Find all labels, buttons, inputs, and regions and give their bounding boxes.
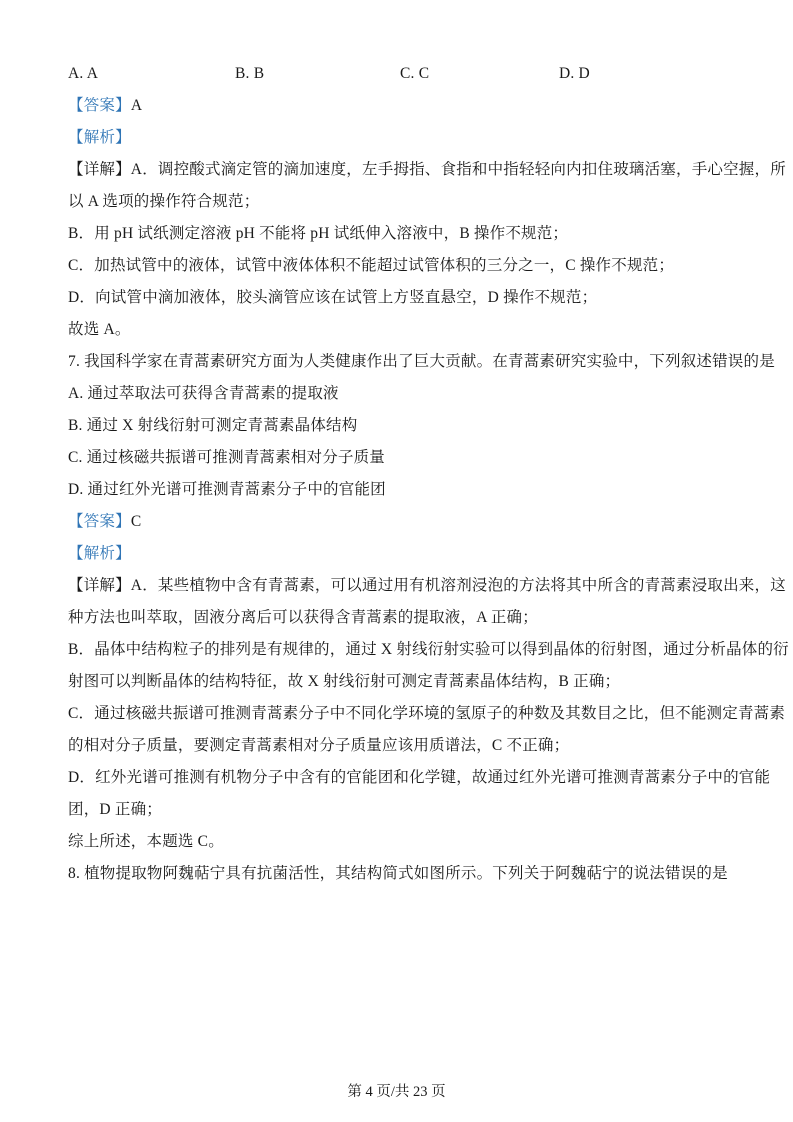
- page-content: A. A B. B C. C D. D 【答案】A 【解析】 【详解】A．调控酸…: [68, 58, 744, 890]
- answer-label: 【答案】: [68, 97, 131, 114]
- answer-label: 【答案】: [68, 513, 131, 530]
- question7-option-b: B. 通过 X 射线衍射可测定青蒿素晶体结构: [68, 410, 744, 442]
- question7-detail-line: 【详解】A．某些植物中含有青蒿素，可以通过用有机溶剂浸泡的方法将其中所含的青蒿素…: [68, 570, 744, 602]
- prev-analysis-line: 【解析】: [68, 122, 744, 154]
- question7-analysis-line: 【解析】: [68, 538, 744, 570]
- question7-detail-conclusion: 综上所述，本题选 C。: [68, 826, 744, 858]
- question7-detail-line: 种方法也叫萃取，固液分离后可以获得含青蒿素的提取液，A 正确；: [68, 602, 744, 634]
- prev-answer-line: 【答案】A: [68, 90, 744, 122]
- answer-value: C: [131, 513, 142, 530]
- question7-detail-line: C．通过核磁共振谱可推测青蒿素分子中不同化学环境的氢原子的种数及其数目之比，但不…: [68, 698, 744, 730]
- question7-option-a: A. 通过萃取法可获得含青蒿素的提取液: [68, 378, 744, 410]
- prev-question-options-row: A. A B. B C. C D. D: [68, 58, 744, 90]
- exam-answer-page: A. A B. B C. C D. D 【答案】A 【解析】 【详解】A．调控酸…: [0, 0, 793, 1122]
- page-number-footer: 第 4 页/共 23 页: [0, 1080, 793, 1104]
- option-c: C. C: [400, 58, 559, 90]
- question7-detail-line: 的相对分子质量，要测定青蒿素相对分子质量应该用质谱法，C 不正确；: [68, 730, 744, 762]
- question7-stem: 7. 我国科学家在青蒿素研究方面为人类健康作出了巨大贡献。在青蒿素研究实验中，下…: [68, 346, 744, 378]
- question7-detail-line: 团，D 正确；: [68, 794, 744, 826]
- prev-detail-line: D．向试管中滴加液体，胶头滴管应该在试管上方竖直悬空，D 操作不规范；: [68, 282, 744, 314]
- answer-value: A: [131, 97, 142, 114]
- prev-detail-line: 【详解】A．调控酸式滴定管的滴加速度，左手拇指、食指和中指轻轻向内扣住玻璃活塞，…: [68, 154, 744, 186]
- prev-detail-conclusion: 故选 A。: [68, 314, 744, 346]
- question7-detail-line: D．红外光谱可推测有机物分子中含有的官能团和化学键，故通过红外光谱可推测青蒿素分…: [68, 762, 744, 794]
- option-d: D. D: [559, 58, 744, 90]
- analysis-label: 【解析】: [68, 545, 131, 562]
- analysis-label: 【解析】: [68, 129, 131, 146]
- option-a: A. A: [68, 58, 235, 90]
- prev-detail-line: C．加热试管中的液体，试管中液体体积不能超过试管体积的三分之一，C 操作不规范；: [68, 250, 744, 282]
- question8-stem: 8. 植物提取物阿魏萜宁具有抗菌活性，其结构简式如图所示。下列关于阿魏萜宁的说法…: [68, 858, 744, 890]
- question7-detail-line: B．晶体中结构粒子的排列是有规律的，通过 X 射线衍射实验可以得到晶体的衍射图，…: [68, 634, 744, 666]
- prev-detail-line: 以 A 选项的操作符合规范；: [68, 186, 744, 218]
- question7-answer-line: 【答案】C: [68, 506, 744, 538]
- question7-detail-line: 射图可以判断晶体的结构特征，故 X 射线衍射可测定青蒿素晶体结构，B 正确；: [68, 666, 744, 698]
- question7-option-c: C. 通过核磁共振谱可推测青蒿素相对分子质量: [68, 442, 744, 474]
- prev-detail-line: B．用 pH 试纸测定溶液 pH 不能将 pH 试纸伸入溶液中，B 操作不规范；: [68, 218, 744, 250]
- option-b: B. B: [235, 58, 400, 90]
- question7-option-d: D. 通过红外光谱可推测青蒿素分子中的官能团: [68, 474, 744, 506]
